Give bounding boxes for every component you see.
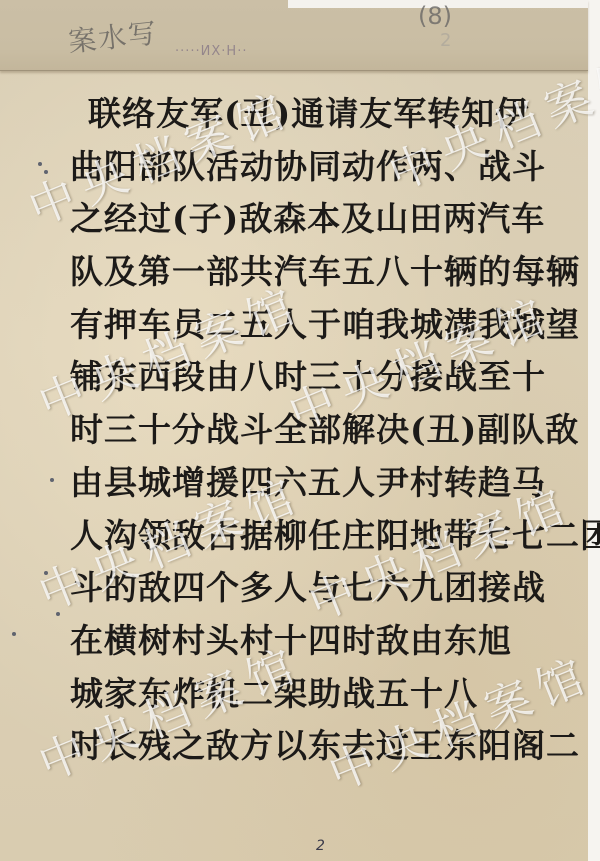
strip-faded-stamp: ·····ИХ·Н·· <box>175 44 247 59</box>
manuscript-line: 人沟领敌占据柳任庄阳地带七七二团战 <box>70 510 590 563</box>
manuscript-line: 斗的敌四个多人与七六九团接战 <box>70 562 590 615</box>
page-number-faint: 2 <box>440 30 451 51</box>
manuscript-line: 之经过(子)敌森本及山田两汽车 <box>70 193 590 246</box>
manuscript-line: 队及第一部共汽车五八十辆的每辆 <box>70 246 590 299</box>
ink-speck <box>38 162 42 166</box>
page-number: (8) <box>418 2 452 30</box>
manuscript-body: 联络友军(丑)通请友军转知伊 曲阳部队活动协同动作两、战斗 之经过(子)敌森本及… <box>70 88 590 773</box>
ink-speck <box>56 612 60 616</box>
manuscript-line: 在横树村头村十四时敌由东旭 <box>70 615 590 668</box>
manuscript-line: 城家东炸机二架助战五十八 <box>70 668 590 721</box>
ink-speck <box>50 478 54 482</box>
manuscript-line: 联络友军(丑)通请友军转知伊 <box>70 88 590 141</box>
folded-header-strip: 案水写 ·····ИХ·Н·· (8) 2 <box>0 0 588 71</box>
ink-speck <box>44 571 48 575</box>
manuscript-line: 由县城增援四六五人尹村转趋马 <box>70 457 590 510</box>
manuscript-line: 时长残之敌方以东去过王东阳阁二 <box>70 720 590 773</box>
manuscript-line: 曲阳部队活动协同动作两、战斗 <box>70 141 590 194</box>
strip-handwritten-label: 案水写 <box>66 11 160 60</box>
manuscript-line: 铺东西段由八时三十分接战至十 <box>70 351 590 404</box>
manuscript-line: 有押车员二五人于咱我城满我城望 <box>70 299 590 352</box>
ink-speck <box>12 632 16 636</box>
ink-speck <box>44 170 48 174</box>
footer-page-mark: 2 <box>316 838 325 854</box>
manuscript-line: 时三十分战斗全部解决(丑)副队敌 <box>70 404 590 457</box>
